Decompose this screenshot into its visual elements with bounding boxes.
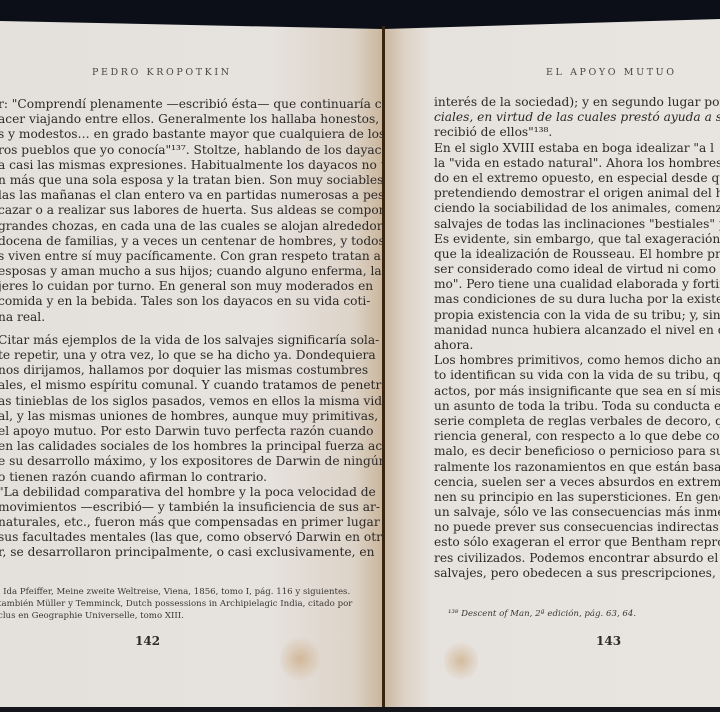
- running-head-left: PEDRO KROPOTKIN: [92, 67, 232, 78]
- text-line: s viven entre sí muy pacíficamente. Con …: [0, 249, 384, 264]
- text-line: do en el extremo opuesto, en especial de…: [434, 171, 720, 186]
- text-line: to identifican su vida con la vida de su…: [434, 368, 720, 383]
- text-line: docena de familias, y a veces un centena…: [0, 234, 384, 249]
- text-line: cencia, suelen ser a veces absurdos en e…: [434, 475, 720, 490]
- text-line: comida y en la bebida. Tales son los day…: [0, 294, 384, 309]
- footnote-line: ' Ida Pfeiffer, Meine zweite Weltreise, …: [0, 586, 352, 598]
- text-line: pretendiendo demostrar el origen animal …: [434, 186, 720, 201]
- text-line: ciendo la sociabilidad de los animales, …: [434, 201, 720, 216]
- text-line: un asunto de toda la tribu. Toda su cond…: [434, 399, 720, 414]
- text-line: as tinieblas de los siglos pasados, vemo…: [0, 394, 384, 409]
- paper-stain: [280, 634, 320, 684]
- left-footnotes: ' Ida Pfeiffer, Meine zweite Weltreise, …: [0, 586, 352, 622]
- text-line: esposas y aman mucho a sus hijos; cuando…: [0, 264, 384, 279]
- text-line: ser considerado como ideal de virtud ni …: [434, 262, 720, 277]
- right-page: EL APOYO MUTUO interés de la sociedad); …: [384, 19, 720, 707]
- text-line: r, se desarrollaron principalmente, o ca…: [0, 545, 384, 560]
- text-line: ros pueblos que yo conocía"¹³⁷. Stoltze,…: [0, 143, 384, 158]
- text-line: e su desarrollo máximo, y los expositore…: [0, 454, 384, 469]
- text-line: n más que una sola esposa y la tratan bi…: [0, 173, 384, 188]
- text-line: esto sólo exageran el error que Bentham …: [434, 535, 720, 550]
- text-line: salvajes de todas las inclinaciones "bes…: [434, 217, 720, 232]
- left-page: PEDRO KROPOTKIN r: "Comprendí plenamente…: [0, 19, 384, 707]
- text-line: mo". Pero tiene una cualidad elaborada y…: [434, 277, 720, 292]
- text-line: que la idealización de Rousseau. El homb…: [434, 247, 720, 262]
- text-line: no puede prever sus consecuencias indire…: [434, 520, 720, 535]
- text-line: ahora.: [434, 338, 720, 353]
- book-spine: [382, 26, 385, 708]
- footnote-line: también Müller y Temminck, Dutch possess…: [0, 598, 352, 610]
- text-line: a casi las mismas expresiones. Habitualm…: [0, 158, 384, 173]
- page-number-right: 143: [596, 634, 621, 648]
- text-line: ales, el mismo espíritu comunal. Y cuand…: [0, 378, 384, 393]
- text-line: en las calidades sociales de los hombres…: [0, 439, 384, 454]
- text-line: malo, es decir beneficioso o pernicioso …: [434, 444, 720, 459]
- text-line: Los hombres primitivos, como hemos dicho…: [434, 353, 720, 368]
- text-line: las las mañanas el clan entero va en par…: [0, 188, 384, 203]
- text-line: al, y las mismas uniones de hombres, aun…: [0, 409, 384, 424]
- right-footnotes: ¹³⁸ Descent of Man, 2ª edición, pág. 63,…: [448, 608, 636, 620]
- text-line: propia existencia con la vida de su trib…: [434, 308, 720, 323]
- text-line: o tienen razón cuando afirman lo contrar…: [0, 470, 384, 485]
- running-head-right: EL APOYO MUTUO: [546, 67, 677, 78]
- text-line: un salvaje, sólo ve las consecuencias má…: [434, 505, 720, 520]
- text-line: nos dirijamos, hallamos por doquier las …: [0, 363, 384, 378]
- text-line: naturales, etc., fueron más que compensa…: [0, 515, 384, 530]
- text-line: salvajes, pero obedecen a sus prescripci…: [434, 566, 720, 581]
- right-body-text: interés de la sociedad); y en segundo lu…: [434, 95, 720, 581]
- footnote-line: clus en Geographie Universelle, tomo XII…: [0, 610, 352, 622]
- text-line: mas condiciones de su dura lucha por la …: [434, 292, 720, 307]
- text-line: res civilizados. Podemos encontrar absur…: [434, 551, 720, 566]
- left-body-text: r: "Comprendí plenamente —escribió ésta—…: [0, 97, 384, 561]
- text-line: "La debilidad comparativa del hombre y l…: [0, 485, 384, 500]
- text-line: actos, por más insignificante que sea en…: [434, 384, 720, 399]
- text-line: r: "Comprendí plenamente —escribió ésta—…: [0, 97, 384, 112]
- text-line: interés de la sociedad); y en segundo lu…: [434, 95, 720, 110]
- text-line: sus facultades mentales (las que, como o…: [0, 530, 384, 545]
- text-line: te repetir, una y otra vez, lo que se ha…: [0, 348, 384, 363]
- text-line: ciales, en virtud de las cuales prestó a…: [434, 110, 720, 125]
- text-line: manidad nunca hubiera alcanzado el nivel…: [434, 323, 720, 338]
- text-line: acer viajando entre ellos. Generalmente …: [0, 112, 384, 127]
- page-number-left: 142: [135, 634, 160, 648]
- text-line: Es evidente, sin embargo, que tal exager…: [434, 232, 720, 247]
- text-line: movimientos —escribió— y también la insu…: [0, 500, 384, 515]
- text-line: jeres lo cuidan por turno. En general so…: [0, 279, 384, 294]
- text-line: nen su principio en las supersticiones. …: [434, 490, 720, 505]
- text-line: grandes chozas, en cada una de las cuale…: [0, 219, 384, 234]
- text-line: la "vida en estado natural". Ahora los h…: [434, 156, 720, 171]
- footnote-line: ¹³⁸ Descent of Man, 2ª edición, pág. 63,…: [448, 608, 636, 620]
- text-line: ralmente los razonamientos en que están …: [434, 460, 720, 475]
- text-line: riencia general, con respecto a lo que d…: [434, 429, 720, 444]
- text-line: na real.: [0, 310, 384, 325]
- text-line: cazar o a realizar sus labores de huerta…: [0, 203, 384, 218]
- text-line: serie completa de reglas verbales de dec…: [434, 414, 720, 429]
- text-line: recibió de ellos"¹³⁸.: [434, 125, 720, 140]
- text-line: En el siglo XVIII estaba en boga idealiz…: [434, 141, 720, 156]
- text-line: Citar más ejemplos de la vida de los sal…: [0, 333, 384, 348]
- text-line: el apoyo mutuo. Por esto Darwin tuvo per…: [0, 424, 384, 439]
- text-line: s y modestos… en grado bastante mayor qu…: [0, 127, 384, 142]
- background-edge: [0, 707, 720, 712]
- paper-stain: [444, 639, 478, 683]
